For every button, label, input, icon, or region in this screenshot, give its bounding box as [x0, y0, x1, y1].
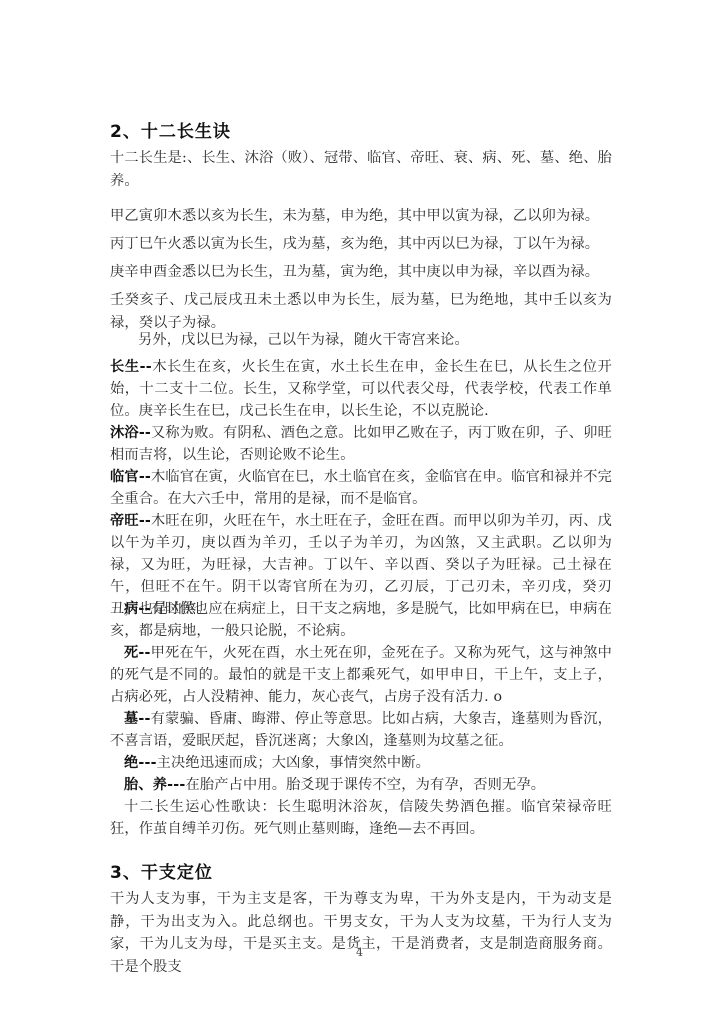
term-text: 主决绝迅速而成；大凶象，事情突然中断。	[157, 755, 430, 771]
term-label: 临官--	[110, 469, 151, 485]
term-text: 木长生在亥，火长生在寅，水土长生在申，金长生在巳，从长生之位开始，十二支十二位。…	[110, 359, 612, 419]
section-heading-twelve-stages: 2、十二长生诀	[110, 117, 231, 142]
term-changsheng: 长生--木长生在亥，火长生在寅，水土长生在申，金长生在巳，从长生之位开始，十二支…	[110, 356, 612, 422]
document-page: 2、十二长生诀 十二长生是:、长生、沐浴（败）、冠带、临官、帝旺、衰、病、死、墓…	[0, 0, 724, 1024]
rule-wood: 甲乙寅卯木悉以亥为长生，未为墓，申为绝，其中甲以寅为禄，乙以卯为禄。	[110, 205, 612, 228]
rule-water-earth: 壬癸亥子、戊己辰戌丑未土悉以申为长生，辰为墓，巳为绝地，其中壬以亥为禄，癸以子为…	[110, 289, 612, 334]
term-text: 有时候也应在病症上，日干支之病地，多是脱气，比如甲病在巳，申病在亥，都是病地，一…	[110, 601, 612, 639]
term-text: 有蒙骗、昏庸、晦滞、停止等意思。比如占病，大象吉，逢墓则为昏沉，不喜言语，爱眠厌…	[110, 711, 612, 749]
term-tai-yang: 胎、养---在胎产占中用。胎爻现于课传不空，为有孕，否则无孕。	[110, 774, 612, 796]
term-si: 死--甲死在午，火死在酉，水土死在卯，金死在子。又称为死气，这与神煞中的死气是不…	[110, 642, 612, 708]
term-text: 在胎产占中用。胎爻现于课传不空，为有孕，否则无孕。	[185, 777, 545, 793]
rule-fire: 丙丁巳午火悉以寅为长生，戌为墓，亥为绝，其中丙以巳为禄，丁以午为禄。	[110, 233, 612, 256]
page-number: 4	[356, 946, 363, 959]
term-bing: 病--有时候也应在病症上，日干支之病地，多是脱气，比如甲病在巳，申病在亥，都是病…	[110, 598, 612, 642]
rule-metal: 庚辛申酉金悉以巳为长生，丑为墓，寅为绝，其中庚以申为禄，辛以酉为禄。	[110, 261, 612, 284]
term-text: 又称为败。有阴私、酒色之意。比如甲乙败在子，丙丁败在卯，子、卯旺相而吉将，以生论…	[110, 425, 612, 463]
note-paragraph: 另外，戊以巳为禄，己以午为禄，随火干寄宫来论。	[110, 329, 612, 352]
term-label: 死--	[124, 645, 151, 661]
intro-paragraph: 十二长生是:、长生、沐浴（败）、冠带、临官、帝旺、衰、病、死、墓、绝、胎养。	[110, 147, 612, 192]
song-paragraph: 十二长生运心性歌诀：长生聪明沐浴灰，信陵失势酒色摧。临官荣禄帝旺狂，作茧自缚羊刃…	[110, 796, 612, 840]
term-label: 胎、养---	[124, 777, 185, 793]
term-text: 木临官在寅，火临官在巳，水土临官在亥，金临官在申。临官和禄并不完全重合。在大六壬…	[110, 469, 612, 507]
term-label: 沐浴--	[110, 425, 151, 441]
term-label: 绝---	[124, 755, 157, 771]
term-jue: 绝---主决绝迅速而成；大凶象，事情突然中断。	[110, 752, 612, 774]
term-label: 帝旺--	[110, 513, 151, 529]
term-muyu: 沐浴--又称为败。有阴私、酒色之意。比如甲乙败在子，丙丁败在卯，子、卯旺相而吉将…	[110, 422, 612, 466]
term-label: 病--	[124, 601, 151, 617]
ganzhi-paragraph: 干为人支为事，干为主支是客，干为尊支为卑，干为外支是内，干为动支是静，干为出支为…	[110, 888, 612, 978]
term-linguan: 临官--木临官在寅，火临官在巳，水土临官在亥，金临官在申。临官和禄并不完全重合。…	[110, 466, 612, 510]
term-label: 长生--	[110, 359, 152, 375]
term-mu: 墓--有蒙骗、昏庸、晦滞、停止等意思。比如占病，大象吉，逢墓则为昏沉，不喜言语，…	[110, 708, 612, 752]
section-heading-ganzhi: 3、干支定位	[110, 858, 213, 883]
term-text: 甲死在午，火死在酉，水土死在卯，金死在子。又称为死气，这与神煞中的死气是不同的。…	[110, 645, 612, 705]
term-label: 墓--	[124, 711, 151, 727]
